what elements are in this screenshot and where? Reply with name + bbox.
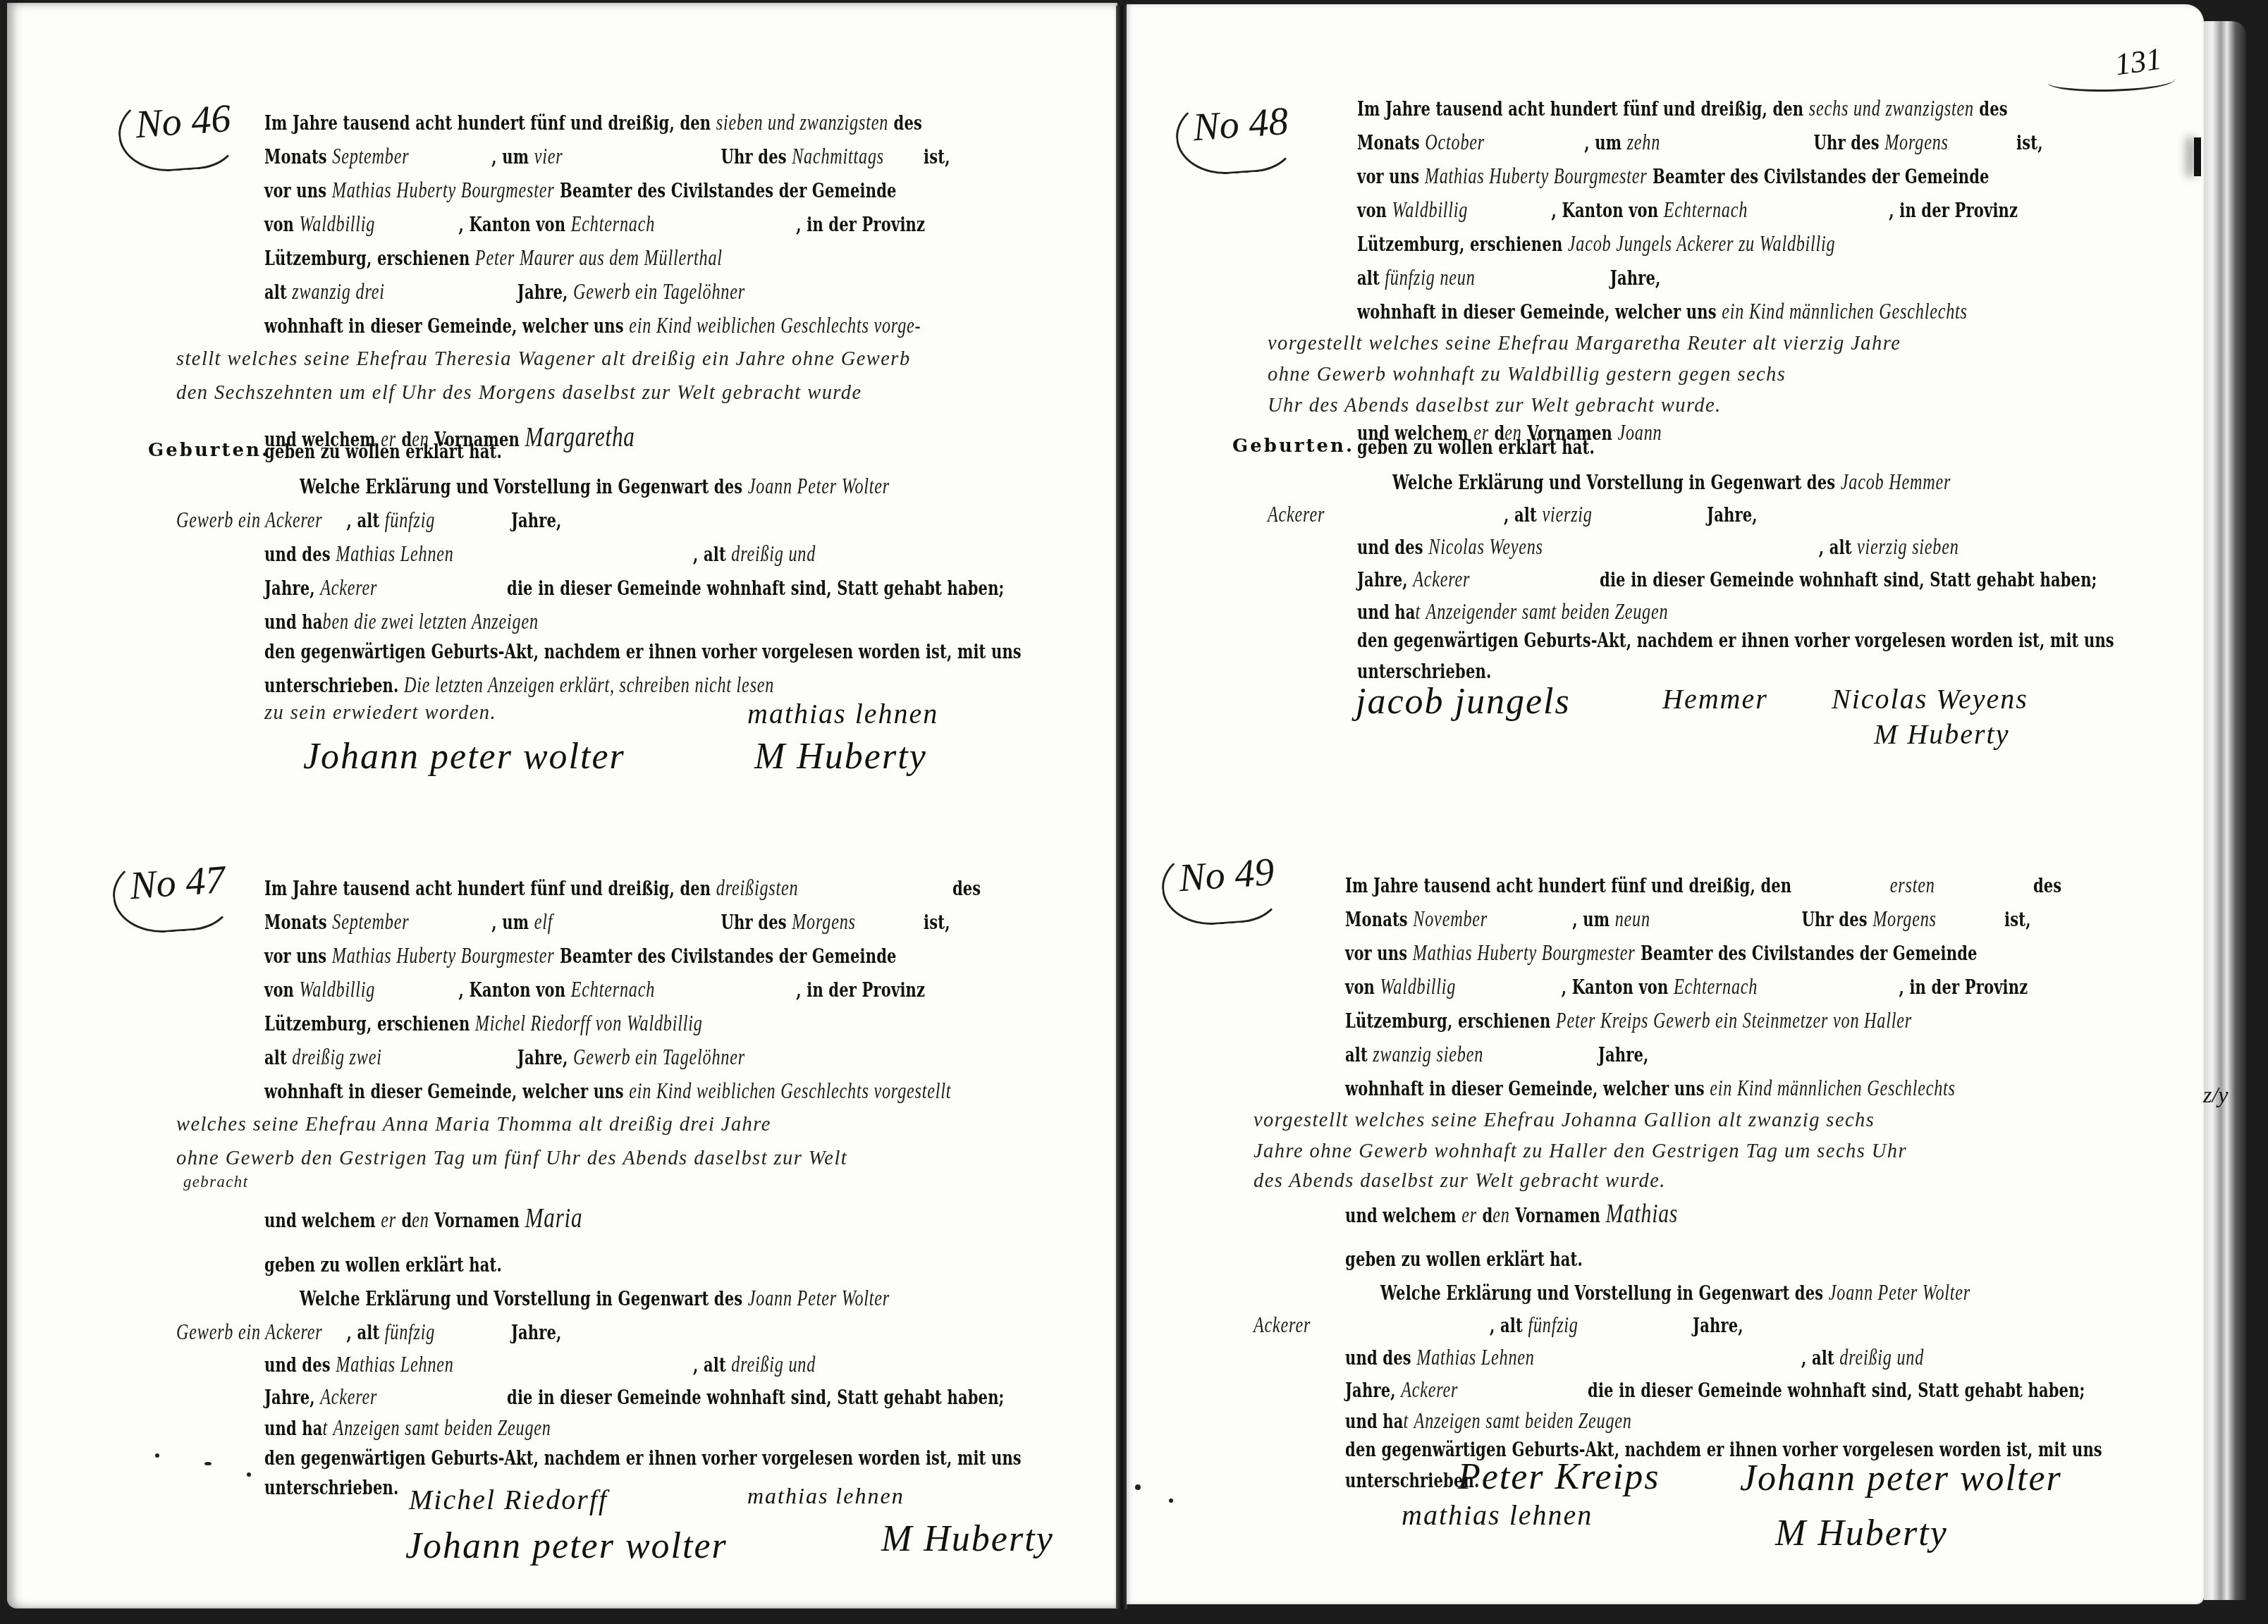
handwritten-official: Mathias Huberty Bourgmester	[1413, 940, 1636, 965]
signature-witness2: mathias lehnen	[747, 697, 938, 730]
form-line-13: Jahre, Ackerer die in dieser Gemeinde wo…	[1357, 567, 2097, 592]
form-text: Uhr des	[1802, 909, 1868, 931]
handwritten-witness2-name: Mathias Lehnen	[336, 1352, 687, 1377]
form-line-14: und hat Anzeigen samt beiden Zeugen	[1345, 1408, 1632, 1434]
handwritten-statement-line: ohne Gewerb den Gestrigen Tag um fünf Uh…	[176, 1146, 847, 1170]
form-text: und des	[264, 1355, 331, 1377]
handwritten-day: ersten	[1797, 873, 2028, 898]
form-text: ist,	[2004, 909, 2031, 931]
form-line-13: Jahre, Ackerer die in dieser Gemeinde wo…	[264, 1384, 1005, 1410]
form-line-11: Gewerb ein Ackerer , alt fünfzig Jahre,	[176, 1319, 562, 1345]
form-text: von	[1357, 200, 1387, 222]
handwritten-time-of-day: Morgens	[1872, 906, 1999, 932]
form-line-6: alt dreißig zwei Jahre, Gewerb ein Tagel…	[264, 1045, 745, 1070]
form-text: und welchem	[264, 1210, 376, 1232]
form-text: Jahre,	[1345, 1380, 1396, 1402]
form-line-7: wohnhaft in dieser Gemeinde, welcher uns…	[1345, 1076, 1956, 1101]
form-text: Jahre,	[517, 1047, 568, 1069]
form-text: , in der Provinz	[1899, 977, 2028, 999]
handwritten-month: September	[332, 909, 486, 935]
form-text: Lützemburg, erschienen	[1345, 1011, 1550, 1033]
handwritten-statement-line: Jahre ohne Gewerb wohnhaft zu Haller den…	[1253, 1139, 1907, 1163]
handwritten-note-line: zu sein erwiedert worden.	[264, 701, 496, 725]
signature-witness1: Johann peter wolter	[303, 736, 625, 777]
form-text: die in dieser Gemeinde wohnhaft sind, St…	[507, 578, 1004, 600]
signature-official: M Huberty	[754, 736, 927, 777]
form-text: Monats	[1357, 133, 1420, 154]
form-text: Im Jahre tausend acht hundert fünf und d…	[264, 113, 711, 135]
handwritten-declarant: Peter Maurer aus dem Müllerthal	[475, 245, 723, 270]
form-text: alt	[1345, 1045, 1368, 1066]
form-line-8: und welchem er den Vornamen Maria	[264, 1201, 582, 1234]
handwritten-statement: ein Kind weiblichen Geschlechts vorgeste…	[629, 1078, 951, 1103]
form-text: Welche Erklärung und Vorstellung in Gege…	[300, 1288, 742, 1310]
handwritten-signed-note: Anzeigender samt beiden Zeugen	[1426, 599, 1669, 624]
form-text: Welche Erklärung und Vorstellung in Gege…	[300, 476, 742, 498]
form-line-4: von Waldbillig , Kanton von Echternach ,…	[264, 211, 925, 237]
form-line-8: und welchem er den Vornamen Mathias	[1345, 1198, 1678, 1229]
form-text: Jahre,	[264, 578, 315, 600]
form-line-13: Jahre, Ackerer die in dieser Gemeinde wo…	[264, 575, 1005, 601]
form-text: alt	[264, 1047, 287, 1069]
ink-speck	[1169, 1499, 1173, 1503]
handwritten-hour: neun	[1615, 906, 1796, 932]
form-line-16: unterschrieben.	[1357, 661, 1491, 683]
form-text: Im Jahre tausend acht hundert fünf und d…	[264, 878, 711, 900]
form-text: Beamter des Civilstandes der Gemeinde	[1653, 166, 1990, 188]
handwritten-witness2-name: Mathias Lehnen	[336, 541, 687, 567]
form-line-10: Welche Erklärung und Vorstellung in Gege…	[1380, 1280, 1970, 1305]
form-line-3: vor uns Mathias Huberty Bourgmester Beam…	[264, 178, 897, 203]
book-spread: No 46 Im Jahre tausend acht hundert fünf…	[0, 0, 2268, 1624]
form-text: Monats	[1345, 909, 1408, 931]
ink-blot	[2194, 137, 2201, 176]
handwritten-given-name: Mathias	[1605, 1199, 1678, 1229]
form-line-2: Monats September , um vier Uhr des Nachm…	[264, 144, 1018, 169]
handwritten-witness2-age: dreißig und	[731, 1352, 816, 1377]
form-text: vor uns	[1357, 166, 1419, 188]
form-text: und ha	[264, 1418, 323, 1440]
signature-declarant: Michel Riedorff	[409, 1483, 608, 1516]
form-text: Jahre,	[1707, 505, 1758, 527]
handwritten-statement-line: vorgestellt welches seine Ehefrau Margar…	[1268, 331, 1901, 355]
form-text: alt	[264, 282, 287, 304]
handwritten-statement-line: stellt welches seine Ehefrau Theresia Wa…	[176, 347, 911, 371]
handwritten-statement: ein Kind männlichen Geschlechts	[1722, 299, 1968, 324]
form-text: Uhr des	[721, 147, 787, 168]
handwritten-witness2-age: dreißig und	[731, 541, 816, 566]
form-line-12: und des Mathias Lehnen , alt dreißig und	[264, 541, 816, 567]
handwritten-witness1-age: fünfzig	[385, 508, 506, 533]
handwritten-witness1-name: Jacob Hemmer	[1841, 469, 1951, 494]
form-text: wohnhaft in dieser Gemeinde, welcher uns	[264, 316, 624, 338]
ink-speck	[1135, 1484, 1141, 1490]
handwritten-signed-note: Anzeigen samt beiden Zeugen	[1414, 1408, 1632, 1433]
form-text: , alt	[693, 1355, 726, 1377]
handwritten-witness1-age: fünfzig	[1528, 1312, 1687, 1338]
signature-witness1: Hemmer	[1662, 682, 1768, 715]
handwritten-official: Mathias Huberty Bourgmester	[1425, 164, 1648, 188]
form-text: wohnhaft in dieser Gemeinde, welcher uns	[1357, 302, 1717, 324]
form-text: d	[401, 1210, 412, 1232]
handwritten-statement-line: ohne Gewerb wohnhaft zu Waldbillig geste…	[1268, 362, 1786, 386]
handwritten-hour: zehn	[1627, 130, 1808, 155]
handwritten-time-of-day: Nachmittags	[792, 144, 918, 169]
handwritten-occupation: Gewerb ein Tagelöhner	[573, 279, 745, 304]
handwritten-official: Mathias Huberty Bourgmester	[332, 178, 555, 202]
form-line-10: Welche Erklärung und Vorstellung in Gege…	[300, 474, 890, 499]
handwritten-declarant: Peter Kreips Gewerb ein Steinmetzer von …	[1556, 1008, 1912, 1033]
form-line-7: wohnhaft in dieser Gemeinde, welcher uns…	[264, 313, 921, 338]
form-text: die in dieser Gemeinde wohnhaft sind, St…	[1588, 1380, 2085, 1402]
handwritten-given-name: Joann	[1617, 420, 1662, 445]
handwritten-declarant: Michel Riedorff von Waldbillig	[475, 1011, 703, 1035]
form-line-16: unterschrieben.	[264, 1477, 398, 1499]
entry-number-49: No 49	[1159, 842, 1284, 928]
handwritten-ha-ending: t	[1416, 599, 1421, 624]
handwritten-witness2-occupation: Ackerer	[320, 575, 501, 601]
right-margin-mark: z/y	[2203, 1082, 2229, 1108]
signature-witness2: mathias lehnen	[1402, 1499, 1593, 1532]
handwritten-witness1-occupation: Ackerer	[1268, 502, 1499, 527]
handwritten-witness2-name: Mathias Lehnen	[1416, 1345, 1796, 1370]
form-line-4: von Waldbillig , Kanton von Echternach ,…	[1345, 974, 2028, 999]
handwritten-witness2-occupation: Ackerer	[320, 1384, 501, 1410]
right-page: No 48 Im Jahre tausend acht hundert fünf…	[1127, 4, 2204, 1604]
signature-official: M Huberty	[1874, 718, 2009, 751]
form-text: , um	[1584, 133, 1622, 154]
handwritten-time-of-day: Morgens	[1884, 130, 2011, 155]
form-text: unterschrieben.	[264, 675, 398, 697]
entry-number-47: No 47	[110, 850, 235, 936]
form-line-2: Monats September , um elf Uhr des Morgen…	[264, 909, 950, 935]
form-line-7: wohnhaft in dieser Gemeinde, welcher uns…	[264, 1078, 951, 1104]
form-text: des	[952, 878, 981, 900]
handwritten-canton: Echternach	[571, 211, 791, 237]
form-text: und welchem	[1345, 1205, 1457, 1227]
form-text: Jahre,	[1693, 1315, 1743, 1337]
form-text: ist,	[924, 912, 950, 934]
form-text: Beamter des Civilstandes der Gemeinde	[560, 180, 897, 202]
form-text: und des	[1357, 537, 1423, 559]
form-text: und ha	[1357, 602, 1416, 624]
handwritten-signed-note: Anzeigen samt beiden Zeugen	[333, 1415, 551, 1440]
form-line-10: Welche Erklärung und Vorstellung in Gege…	[1392, 469, 1951, 495]
form-line-11: Ackerer , alt vierzig Jahre,	[1268, 502, 1758, 527]
handwritten-declarant: Jacob Jungels Ackerer zu Waldbillig	[1568, 231, 1836, 256]
form-line-5: Lützemburg, erschienen Peter Kreips Gewe…	[1345, 1008, 1912, 1033]
handwritten-witness1-name: Joann Peter Wolter	[748, 474, 890, 498]
signature-witness1: Johann peter wolter	[405, 1525, 728, 1567]
ink-speck	[155, 1453, 159, 1458]
entry-number-46: No 46	[116, 89, 240, 175]
form-text: von	[264, 214, 294, 236]
form-text: Jahre,	[1598, 1045, 1649, 1066]
form-text: Jahre,	[511, 510, 562, 532]
form-line-6: alt fünfzig neun Jahre,	[1357, 265, 1661, 290]
handwritten-commune: Waldbillig	[1380, 974, 1557, 999]
handwritten-statement-line: Uhr des Abends daselbst zur Welt gebrach…	[1268, 393, 1722, 417]
handwritten-pronoun: er	[381, 1207, 396, 1232]
form-line-3: vor uns Mathias Huberty Bourgmester Beam…	[1345, 940, 1978, 966]
form-text: , in der Provinz	[1889, 200, 2018, 222]
form-text: wohnhaft in dieser Gemeinde, welcher uns	[264, 1081, 624, 1103]
form-text: , in der Provinz	[796, 214, 925, 236]
form-line-10: Welche Erklärung und Vorstellung in Gege…	[300, 1286, 890, 1311]
handwritten-day: sechs und zwanzigsten	[1809, 96, 1974, 121]
form-text: Lützemburg, erschienen	[1357, 234, 1562, 256]
form-line-7: wohnhaft in dieser Gemeinde, welcher uns…	[1357, 299, 1968, 324]
handwritten-canton: Echternach	[1674, 974, 1894, 999]
handwritten-commune: Waldbillig	[300, 211, 453, 237]
form-text: Vornamen	[1515, 1205, 1600, 1227]
handwritten-declarant-age: dreißig zwei	[292, 1045, 512, 1070]
handwritten-witness1-name: Joann Peter Wolter	[1829, 1280, 1970, 1305]
form-text: Lützemburg, erschienen	[264, 248, 470, 270]
form-text: Jahre,	[1610, 268, 1661, 290]
handwritten-witness2-name: Nicolas Weyens	[1428, 534, 1813, 560]
signature-witness2: Nicolas Weyens	[1832, 682, 2028, 715]
handwritten-witness2-age: vierzig sieben	[1857, 534, 1959, 559]
form-line-11: Gewerb ein Ackerer , alt fünfzig Jahre,	[176, 508, 562, 533]
handwritten-witness2-occupation: Ackerer	[1401, 1377, 1582, 1403]
form-line-5: Lützemburg, erschienen Michel Riedorff v…	[264, 1011, 703, 1036]
handwritten-commune: Waldbillig	[300, 977, 453, 1002]
form-text: vor uns	[264, 946, 326, 968]
handwritten-witness1-occupation: Gewerb ein Ackerer	[176, 1319, 341, 1345]
form-text: vor uns	[1345, 943, 1407, 965]
form-line-6: alt zwanzig sieben Jahre,	[1345, 1042, 1649, 1067]
handwritten-declarant-age: fünfzig neun	[1385, 265, 1605, 290]
form-text: alt	[1357, 268, 1380, 290]
form-text: Beamter des Civilstandes der Gemeinde	[1641, 943, 1978, 965]
form-text: , Kanton von	[1562, 977, 1669, 999]
form-line-15: den gegenwärtigen Geburts-Akt, nachdem e…	[264, 1448, 1022, 1470]
form-text: Jahre,	[1357, 570, 1408, 591]
handwritten-time-of-day: Morgens	[792, 909, 918, 935]
signature-witness1: Johann peter wolter	[1740, 1458, 2062, 1499]
form-line-9: geben zu wollen erklärt hat.	[1357, 437, 1595, 459]
signature-official: M Huberty	[881, 1518, 1054, 1560]
handwritten-ha-ending: t	[1404, 1408, 1409, 1433]
form-line-14: und haben die zwei letzten Anzeigen	[264, 609, 539, 634]
form-text: , um	[491, 147, 529, 168]
form-text: und ha	[1345, 1411, 1404, 1433]
handwritten-pronoun: er	[1461, 1202, 1477, 1227]
form-text: , alt	[1801, 1348, 1834, 1370]
form-text: , alt	[693, 544, 726, 566]
form-line-12: und des Nicolas Weyens , alt vierzig sie…	[1357, 534, 1959, 560]
form-text: Im Jahre tausend acht hundert fünf und d…	[1345, 875, 1791, 897]
form-text: Lützemburg, erschienen	[264, 1014, 470, 1035]
form-line-9: geben zu wollen erklärt hat.	[264, 441, 502, 463]
handwritten-occupation: Gewerb ein Tagelöhner	[573, 1045, 745, 1069]
form-line-15: den gegenwärtigen Geburts-Akt, nachdem e…	[1357, 630, 2114, 652]
form-text: d	[1482, 1205, 1492, 1227]
handwritten-signed-note: die zwei letzten Anzeigen	[354, 609, 538, 634]
form-text: , Kanton von	[458, 980, 565, 1002]
form-text: und des	[264, 544, 331, 566]
form-text: Jahre,	[511, 1322, 562, 1344]
handwritten-statement-line: welches seine Ehefrau Anna Maria Thomma …	[176, 1112, 771, 1136]
handwritten-statement: ein Kind weiblichen Geschlechts vorge-	[629, 313, 921, 338]
handwritten-witness2-age: dreißig und	[1839, 1345, 1924, 1370]
form-line-12: und des Mathias Lehnen , alt dreißig und	[1345, 1345, 1924, 1370]
handwritten-day: sieben und zwanzigsten	[716, 110, 888, 135]
form-line-3: vor uns Mathias Huberty Bourgmester Beam…	[1357, 164, 1990, 189]
form-text: ist,	[924, 147, 950, 168]
form-text: , alt	[1490, 1315, 1523, 1337]
handwritten-declarant-age: zwanzig sieben	[1373, 1042, 1593, 1067]
form-line-3: vor uns Mathias Huberty Bourgmester Beam…	[264, 943, 897, 968]
form-text: , Kanton von	[458, 214, 565, 236]
form-line-5: Lützemburg, erschienen Peter Maurer aus …	[264, 245, 723, 271]
handwritten-witness1-name: Joann Peter Wolter	[748, 1286, 890, 1310]
form-line-1: Im Jahre tausend acht hundert fünf und d…	[1357, 96, 2008, 121]
form-text: und ha	[264, 612, 323, 634]
form-line-1: Im Jahre tausend acht hundert fünf und d…	[264, 875, 981, 901]
form-text: Uhr des	[1814, 133, 1880, 154]
form-text: des	[1979, 99, 2007, 121]
form-text: , in der Provinz	[796, 980, 925, 1002]
form-text: , um	[491, 912, 529, 934]
form-text: Monats	[264, 147, 327, 168]
form-text: und des	[1345, 1348, 1411, 1370]
page-block-edge	[2204, 21, 2246, 1600]
form-line-5: Lützemburg, erschienen Jacob Jungels Ack…	[1357, 231, 1835, 257]
handwritten-canton: Echternach	[571, 977, 791, 1002]
form-text: des	[2033, 875, 2061, 897]
ink-speck	[204, 1462, 212, 1465]
form-line-6: alt zwanzig drei Jahre, Gewerb ein Tagel…	[264, 279, 745, 304]
handwritten-article: en	[412, 1207, 429, 1232]
form-line-4: von Waldbillig , Kanton von Echternach ,…	[1357, 197, 2018, 223]
signature-declarant: jacob jungels	[1356, 681, 1571, 722]
form-line-15: den gegenwärtigen Geburts-Akt, nachdem e…	[264, 641, 1022, 663]
handwritten-statement: ein Kind männlichen Geschlechts	[1710, 1076, 1956, 1100]
form-text: von	[1345, 977, 1375, 999]
form-text: , Kanton von	[1551, 200, 1658, 222]
handwritten-witness1-age: vierzig	[1542, 502, 1701, 527]
form-line-13: Jahre, Ackerer die in dieser Gemeinde wo…	[1345, 1377, 2085, 1403]
handwritten-ha-ending: ben	[323, 609, 349, 634]
form-text: Uhr des	[721, 912, 787, 934]
handwritten-commune: Waldbillig	[1392, 197, 1546, 223]
form-text: Monats	[264, 912, 327, 934]
form-line-2: Monats November , um neun Uhr des Morgen…	[1345, 906, 2031, 932]
form-text: die in dieser Gemeinde wohnhaft sind, St…	[1600, 570, 2097, 591]
form-text: die in dieser Gemeinde wohnhaft sind, St…	[507, 1387, 1004, 1409]
handwritten-official: Mathias Huberty Bourgmester	[332, 943, 555, 968]
form-text: Welche Erklärung und Vorstellung in Gege…	[1380, 1283, 1823, 1305]
handwritten-ha-ending: t	[323, 1415, 329, 1440]
handwritten-month: October	[1425, 130, 1579, 155]
form-text: , alt	[346, 1322, 379, 1344]
margin-label-geburten: Geburten.	[148, 440, 270, 461]
signature-witness2: mathias lehnen	[747, 1483, 905, 1509]
handwritten-declarant-age: zwanzig drei	[292, 279, 512, 304]
handwritten-month: September	[332, 144, 486, 169]
left-page: No 46 Im Jahre tausend acht hundert fünf…	[7, 3, 1117, 1608]
handwritten-canton: Echternach	[1664, 197, 1884, 223]
handwritten-witness2-occupation: Ackerer	[1413, 567, 1594, 592]
form-text: , um	[1572, 909, 1610, 931]
form-text: Im Jahre tausend acht hundert fünf und d…	[1357, 99, 1803, 121]
handwritten-hour: vier	[534, 144, 716, 169]
form-line-11: Ackerer , alt fünfzig Jahre,	[1253, 1312, 1743, 1338]
handwritten-note: Die letzten Anzeigen erklärt, schreiben …	[404, 672, 774, 697]
handwritten-statement-line: gebracht	[183, 1173, 248, 1192]
form-line-16: unterschrieben. Die letzten Anzeigen erk…	[264, 672, 774, 698]
form-text: , alt	[346, 510, 379, 532]
entry-number-48: No 48	[1173, 92, 1298, 178]
handwritten-statement-line: vorgestellt welches seine Ehefrau Johann…	[1253, 1108, 1875, 1132]
handwritten-given-name: Margaretha	[525, 421, 635, 453]
handwritten-day: dreißigsten	[716, 875, 948, 901]
form-text: Welche Erklärung und Vorstellung in Gege…	[1392, 472, 1835, 494]
form-line-1: Im Jahre tausend acht hundert fünf und d…	[264, 110, 922, 135]
form-text: wohnhaft in dieser Gemeinde, welcher uns	[1345, 1078, 1705, 1100]
form-text: , alt	[1819, 537, 1852, 559]
form-line-9: geben zu wollen erklärt hat.	[264, 1255, 502, 1277]
signature-declarant: Peter Kreips	[1458, 1456, 1660, 1498]
form-text: Jahre,	[264, 1387, 315, 1409]
form-line-4: von Waldbillig , Kanton von Echternach ,…	[264, 977, 925, 1002]
form-text: vor uns	[264, 180, 326, 202]
handwritten-statement-line: des Abends daselbst zur Welt gebracht wu…	[1253, 1169, 1666, 1193]
form-text: ist,	[2016, 133, 2043, 154]
form-text: von	[264, 980, 294, 1002]
form-text: Vornamen	[434, 1210, 520, 1232]
margin-label-geburten: Geburten.	[1232, 436, 1354, 457]
form-line-14: und hat Anzeigen samt beiden Zeugen	[264, 1415, 551, 1441]
handwritten-month: November	[1413, 906, 1567, 932]
form-line-9: geben zu wollen erklärt hat.	[1345, 1249, 1583, 1271]
handwritten-witness1-age: fünfzig	[385, 1319, 506, 1345]
form-line-2: Monats October , um zehn Uhr des Morgens…	[1357, 130, 2043, 155]
signature-official: M Huberty	[1775, 1513, 1948, 1554]
form-line-12: und des Mathias Lehnen , alt dreißig und	[264, 1352, 816, 1377]
handwritten-witness1-occupation: Ackerer	[1253, 1312, 1485, 1338]
form-line-1: Im Jahre tausend acht hundert fünf und d…	[1345, 873, 2061, 898]
handwritten-hour: elf	[534, 909, 716, 935]
handwritten-article: en	[1492, 1202, 1509, 1227]
book-gutter	[1116, 6, 1127, 1609]
ink-speck	[247, 1472, 251, 1477]
form-text: Jahre,	[517, 282, 568, 304]
form-text: Beamter des Civilstandes der Gemeinde	[560, 946, 897, 968]
form-text: , alt	[1504, 505, 1537, 527]
handwritten-statement-line: den Sechszehnten um elf Uhr des Morgens …	[176, 381, 862, 405]
handwritten-witness1-occupation: Gewerb ein Ackerer	[176, 508, 341, 533]
handwritten-given-name: Maria	[525, 1202, 582, 1234]
form-text: des	[894, 113, 922, 135]
form-line-14: und hat Anzeigender samt beiden Zeugen	[1357, 599, 1668, 625]
